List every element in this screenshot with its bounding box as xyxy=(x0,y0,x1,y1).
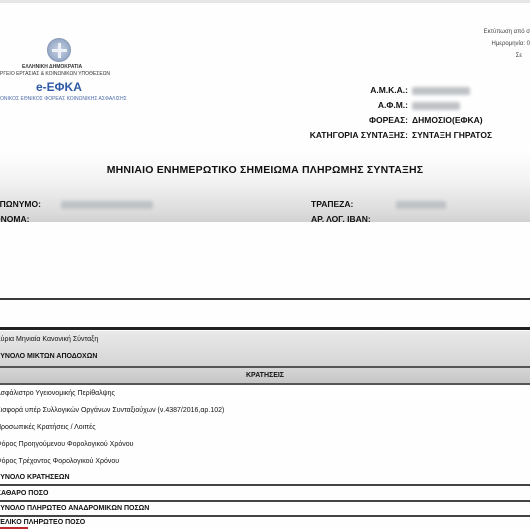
logo-brand: e-ΕΦΚΑ xyxy=(36,80,82,94)
deduction-row: Εισφορά υπέρ Συλλογικών Οργάνων Συνταξιο… xyxy=(0,407,224,414)
redacted-amka xyxy=(412,87,470,95)
divider xyxy=(0,298,530,300)
document-title: ΜΗΝΙΑΙΟ ΕΝΗΜΕΡΩΤΙΚΟ ΣΗΜΕΙΩΜΑ ΠΛΗΡΩΜΗΣ ΣΥ… xyxy=(0,164,530,176)
deduction-row: Φόρος Τρέχοντος Φορολογικού Χρόνου xyxy=(0,458,119,465)
print-date: Ημερομηνία: 0 xyxy=(484,38,530,50)
coat-of-arms-icon xyxy=(47,38,71,62)
surname-label: ΕΠΩΝΥΜΟ: xyxy=(0,199,41,209)
pension-payment-document: ΕΛΛΗΝΙΚΗ ΔΗΜΟΚΡΑΤΙΑ ΥΠΟΥΡΓΕΙΟ ΕΡΓΑΣΙΑΣ &… xyxy=(0,0,530,529)
amka-value xyxy=(412,83,470,98)
print-meta: Εκτύπωση από σ Ημερομηνία: 0 Σε xyxy=(484,26,530,62)
print-source: Εκτύπωση από σ xyxy=(484,26,530,38)
name-field: ΟΝΟΜΑ: xyxy=(0,214,29,222)
foreas-value: ΔΗΜΟΣΙΟ(ΕΦΚΑ) xyxy=(412,113,483,128)
bank-field: ΤΡΑΠΕΖΑ: xyxy=(311,199,446,209)
logo-agency-text: ΗΛΕΚΤΡΟΝΙΚΟΣ ΕΘΝΙΚΟΣ ΦΟΡΕΑΣ ΚΟΙΝΩΝΙΚΗΣ Α… xyxy=(0,96,127,102)
afm-label: Α.Φ.Μ.: xyxy=(330,98,412,113)
blank-area xyxy=(0,222,530,298)
info-row-afm: Α.Φ.Μ.: xyxy=(330,98,530,113)
title-band xyxy=(0,150,530,232)
earnings-row: Κύρια Μηνιαία Κανονική Σύνταξη xyxy=(0,336,98,343)
divider xyxy=(0,383,530,385)
deduction-row: Προσωπικές Κρατήσεις / Λοιπές xyxy=(0,424,96,431)
redacted-surname xyxy=(61,201,153,209)
divider xyxy=(0,500,530,502)
divider xyxy=(0,327,530,330)
top-border xyxy=(0,0,530,3)
name-label: ΟΝΟΜΑ: xyxy=(0,214,29,222)
pensioner-info: Α.Μ.Κ.Α.: Α.Φ.Μ.: ΦΟΡΕΑΣ: ΔΗΜΟΣΙΟ(ΕΦΚΑ) … xyxy=(330,83,530,143)
info-row-category: ΚΑΤΗΓΟΡΙΑ ΣΥΝΤΑΞΗΣ: ΣΥΝΤΑΞΗ ΓΗΡΑΤΟΣ xyxy=(290,128,530,143)
amka-label: Α.Μ.Κ.Α.: xyxy=(330,83,412,98)
afm-value xyxy=(412,98,460,113)
retroactive-total-row: ΣΥΝΟΛΟ ΠΛΗΡΩΤΕΟ ΑΝΑΔΡΟΜΙΚΩΝ ΠΟΣΩΝ xyxy=(0,505,149,512)
info-row-foreas: ΦΟΡΕΑΣ: ΔΗΜΟΣΙΟ(ΕΦΚΑ) xyxy=(330,113,530,128)
iban-field: ΑΡ. ΛΟΓ. IBAN: xyxy=(311,214,371,222)
category-value: ΣΥΝΤΑΞΗ ΓΗΡΑΤΟΣ xyxy=(412,128,492,143)
deduction-row: Ασφάλιστρο Υγειονομικής Περίθαλψης xyxy=(0,390,115,397)
print-page: Σε xyxy=(484,50,530,62)
bank-label: ΤΡΑΠΕΖΑ: xyxy=(311,199,353,209)
final-payable-row: ΤΕΛΙΚΟ ΠΛΗΡΩΤΕΟ ΠΟΣΟ xyxy=(0,519,85,526)
iban-label: ΑΡ. ΛΟΓ. IBAN: xyxy=(311,214,371,222)
redacted-bank xyxy=(396,201,446,209)
net-amount-row: ΚΑΘΑΡΟ ΠΟΣΟ xyxy=(0,490,48,497)
foreas-label: ΦΟΡΕΑΣ: xyxy=(330,113,412,128)
deductions-header-label: ΚΡΑΤΗΣΕΙΣ xyxy=(0,372,530,379)
earnings-total-row: ΣΥΝΟΛΟ ΜΙΚΤΩΝ ΑΠΟΔΟΧΩΝ xyxy=(0,353,97,360)
divider xyxy=(0,484,530,486)
deduction-row: Φόρος Προηγούμενου Φορολογικού Χρόνου xyxy=(0,441,133,448)
logo-republic-text: ΕΛΛΗΝΙΚΗ ΔΗΜΟΚΡΑΤΙΑ xyxy=(22,64,82,70)
deductions-total-row: ΣΥΝΟΛΟ ΚΡΑΤΗΣΕΩΝ xyxy=(0,474,70,481)
surname-field: ΕΠΩΝΥΜΟ: xyxy=(0,199,153,209)
logo-ministry-text: ΥΠΟΥΡΓΕΙΟ ΕΡΓΑΣΙΑΣ & ΚΟΙΝΩΝΙΚΩΝ ΥΠΟΘΕΣΕΩ… xyxy=(0,71,110,77)
category-label: ΚΑΤΗΓΟΡΙΑ ΣΥΝΤΑΞΗΣ: xyxy=(290,128,412,143)
redacted-afm xyxy=(412,102,460,110)
info-row-amka: Α.Μ.Κ.Α.: xyxy=(330,83,530,98)
divider xyxy=(0,515,530,517)
